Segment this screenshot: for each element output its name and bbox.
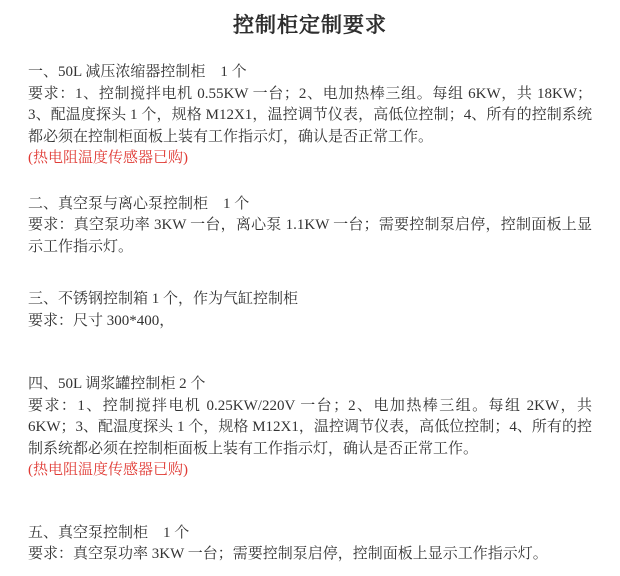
section-3-heading: 三、不锈钢控制箱 1 个，作为气缸控制柜 (28, 289, 592, 311)
section-1-requirements: 要求：1、控制搅拌电机 0.55KW 一台；2、电加热棒三组。每组 6KW，共 … (28, 84, 592, 149)
section-4-requirements: 要求：1、控制搅拌电机 0.25KW/220V 一台；2、电加热棒三组。每组 2… (28, 396, 592, 461)
section-1-purchased-note: (热电阻温度传感器已购) (28, 148, 592, 170)
section-1-heading: 一、50L 减压浓缩器控制柜 1 个 (28, 62, 592, 84)
section-5-requirements: 要求：真空泵功率 3KW 一台；需要控制泵启停，控制面板上显示工作指示灯。 (28, 544, 592, 566)
section-3-requirements: 要求：尺寸 300*400， (28, 311, 592, 333)
section-4-slurry-tank-cabinet: 四、50L 调浆罐控制柜 2 个 要求：1、控制搅拌电机 0.25KW/220V… (28, 374, 592, 482)
section-1-vacuum-concentrator-cabinet: 一、50L 减压浓缩器控制柜 1 个 要求：1、控制搅拌电机 0.55KW 一台… (28, 62, 592, 170)
section-2-requirements: 要求：真空泵功率 3KW 一台，离心泵 1.1KW 一台；需要控制泵启停，控制面… (28, 215, 592, 258)
page-title: 控制柜定制要求 (28, 12, 592, 38)
section-3-stainless-steel-control-box: 三、不锈钢控制箱 1 个，作为气缸控制柜 要求：尺寸 300*400， (28, 289, 592, 332)
section-5-vacuum-pump-cabinet: 五、真空泵控制柜 1 个 要求：真空泵功率 3KW 一台；需要控制泵启停，控制面… (28, 523, 592, 566)
section-2-vacuum-centrifugal-pump-cabinet: 二、真空泵与离心泵控制柜 1 个 要求：真空泵功率 3KW 一台，离心泵 1.1… (28, 194, 592, 259)
section-2-heading: 二、真空泵与离心泵控制柜 1 个 (28, 194, 592, 216)
section-5-heading: 五、真空泵控制柜 1 个 (28, 523, 592, 545)
document-page: 控制柜定制要求 一、50L 减压浓缩器控制柜 1 个 要求：1、控制搅拌电机 0… (0, 0, 620, 576)
section-4-purchased-note: (热电阻温度传感器已购) (28, 460, 592, 482)
section-4-heading: 四、50L 调浆罐控制柜 2 个 (28, 374, 592, 396)
